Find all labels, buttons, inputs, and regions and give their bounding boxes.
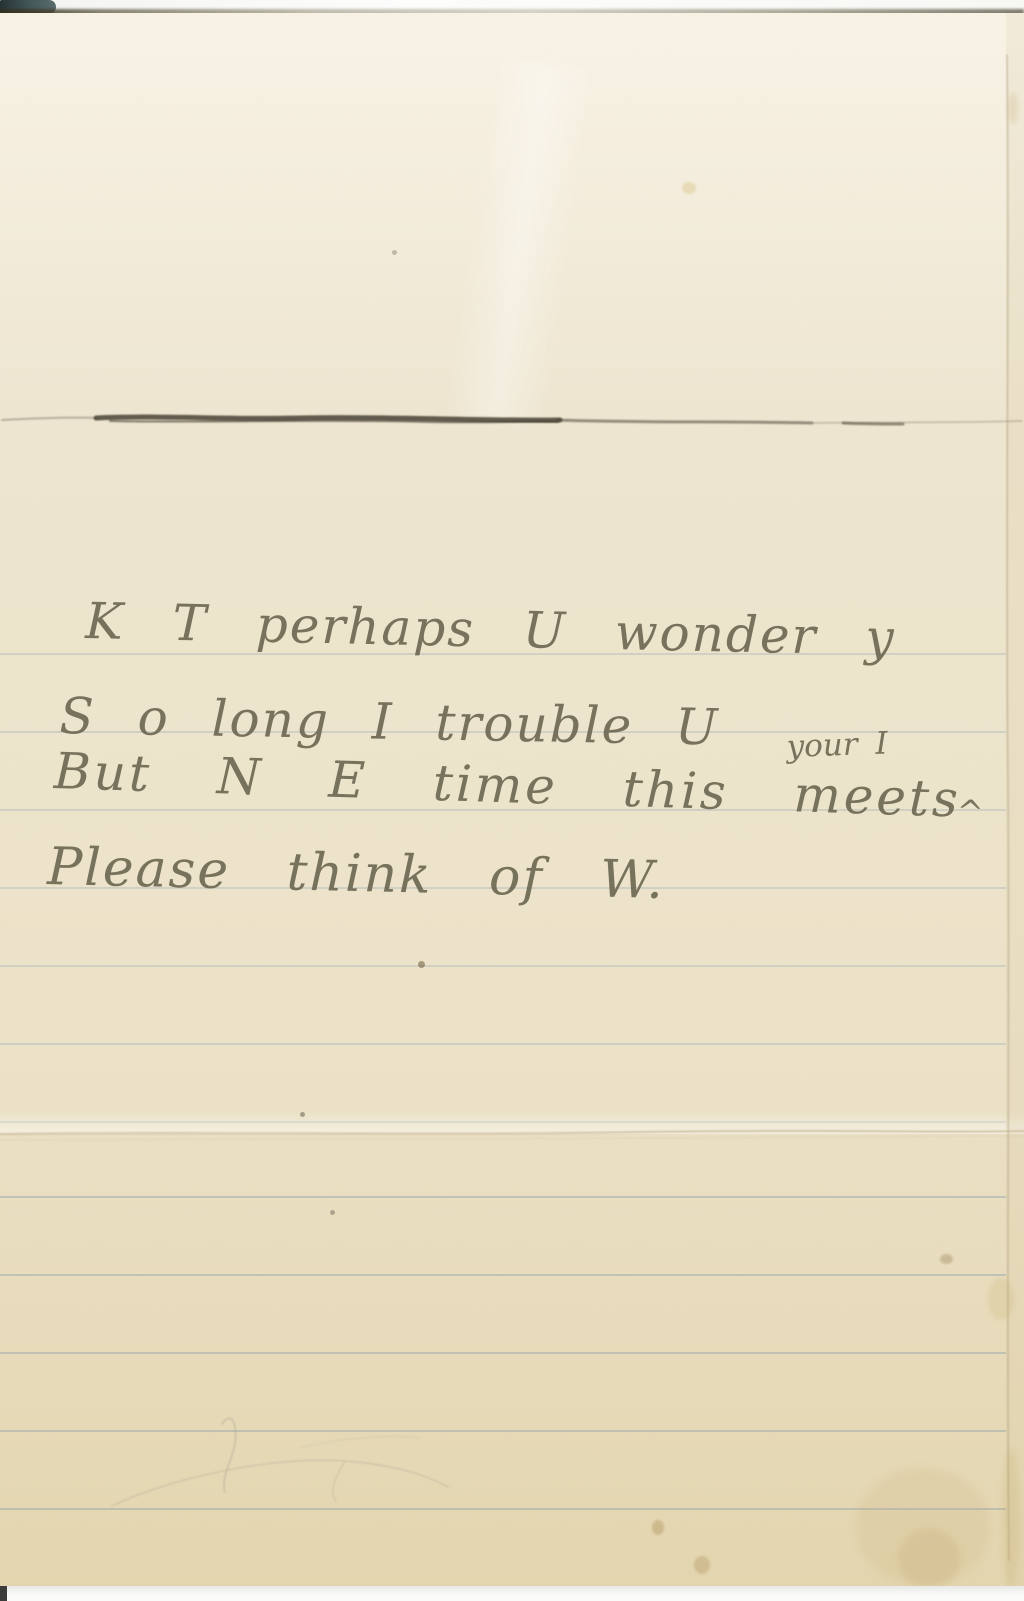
stain-spot [682,182,696,194]
bottom-left-dark-sliver [0,1586,7,1601]
yellow-stain-right-edge [988,1278,1014,1320]
faint-scrawl-small [300,1436,420,1448]
top-fold-crease-left [2,418,98,420]
ink-speck [418,961,425,968]
dark-speck [330,1210,335,1215]
scanned-letter-photo: { "letter": { "lines": [ { "text": "K T … [0,0,1024,1601]
bottom-fold-crease [0,1131,1024,1134]
right-edge-stain-streak [1002,1448,1020,1588]
top-fold-crease-right-dark-patch [843,423,903,424]
bottom-right-smudge [898,1528,960,1588]
insertion-caret-mark: ^ [955,792,984,832]
brown-stain [694,1556,710,1574]
faint-scrawl-loop [222,1418,236,1492]
top-fold-crease-dark [96,417,560,420]
brown-speck [940,1254,953,1264]
faint-scrawl-curve [112,1460,448,1506]
brown-stain [652,1520,664,1535]
tiny-speck [392,250,397,255]
top-fold-crease-mid [558,420,812,423]
right-paper-edge [1007,55,1009,1560]
corner-stain [1008,92,1018,124]
bottom-fold-crease-shadow [0,1136,1024,1140]
insertion-superscript: your I [786,725,888,765]
scanner-background-bottom [0,1586,1024,1601]
dark-speck [300,1112,305,1117]
faint-scrawl-tail [333,1461,345,1501]
